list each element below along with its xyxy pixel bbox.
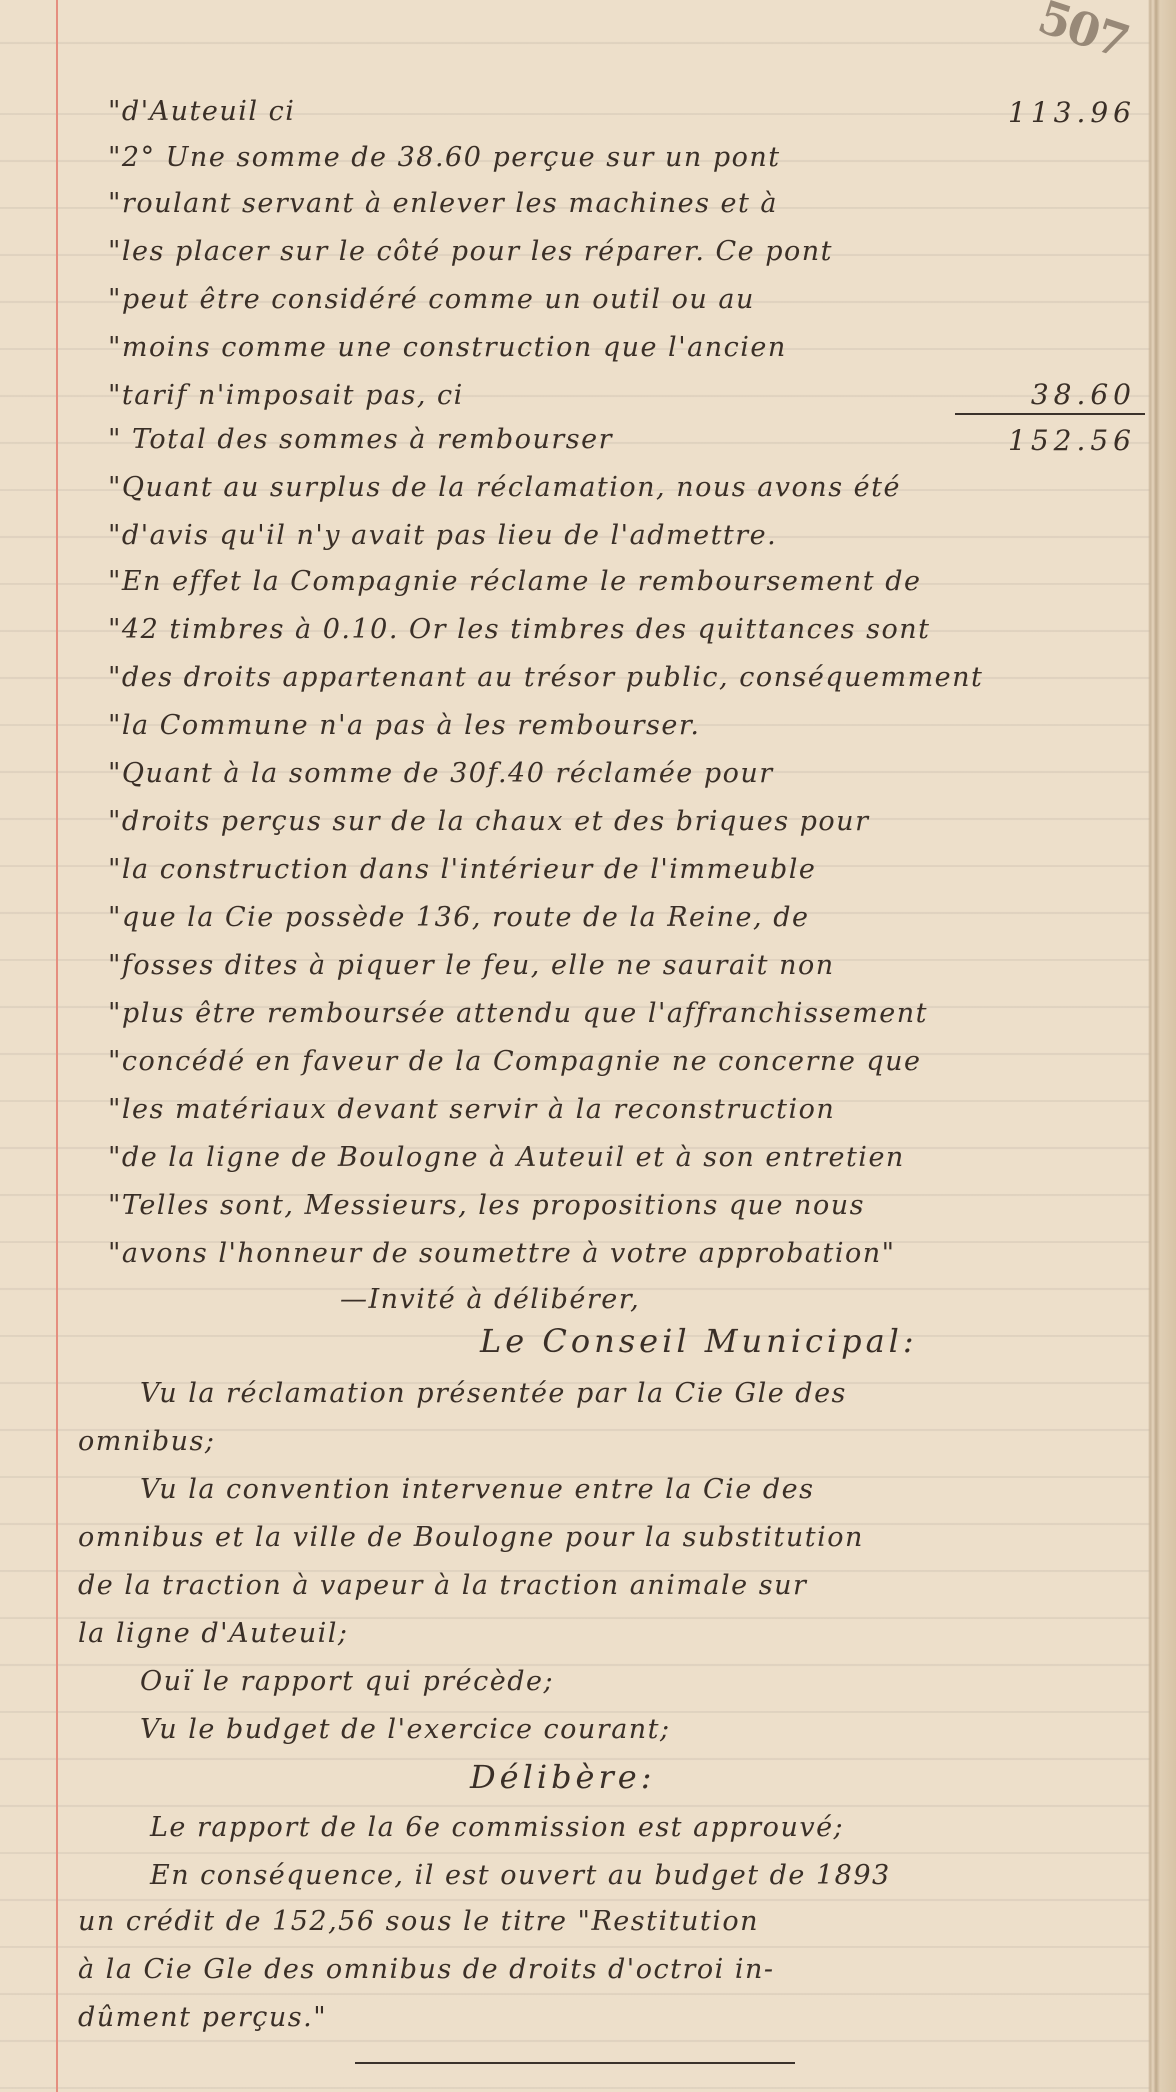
text-line: "2° Une somme de 38.60 perçue sur un pon…: [108, 142, 1146, 173]
text-line: "42 timbres à 0.10. Or les timbres des q…: [108, 614, 1146, 645]
page-number-stamp: 507: [1032, 0, 1134, 69]
account-amount: 113.96: [1008, 96, 1136, 129]
decision-line: En conséquence, il est ouvert au budget …: [150, 1860, 1146, 1891]
consideration-line: de la traction à vapeur à la traction an…: [78, 1570, 1146, 1601]
text-line: "Quant au surplus de la réclamation, nou…: [108, 472, 1146, 503]
text-line: "que la Cie possède 136, route de la Rei…: [108, 902, 1146, 933]
decision-line: dûment perçus.": [78, 2002, 1146, 2033]
invite-heading: —Invité à délibérer,: [340, 1284, 1146, 1315]
text-line: "peut être considéré comme un outil ou a…: [108, 284, 1146, 315]
consideration-line: Vu la réclamation présentée par la Cie G…: [140, 1378, 1146, 1409]
consideration-line: omnibus;: [78, 1426, 1146, 1457]
total-amount: 152.56: [1008, 424, 1136, 457]
total-label: " Total des sommes à rembourser: [108, 424, 1146, 455]
text-line: "la construction dans l'intérieur de l'i…: [108, 854, 1146, 885]
deliberation-heading: Délibère:: [470, 1758, 1146, 1796]
register-page: 507 "d'Auteuil ci 113.96 "2° Une somme d…: [0, 0, 1176, 2092]
text-line: "les matériaux devant servir à la recons…: [108, 1094, 1146, 1125]
text-line: "de la ligne de Boulogne à Auteuil et à …: [108, 1142, 1146, 1173]
consideration-line: la ligne d'Auteuil;: [78, 1618, 1146, 1649]
text-line: "Telles sont, Messieurs, les proposition…: [108, 1190, 1146, 1221]
text-line: "concédé en faveur de la Compagnie ne co…: [108, 1046, 1146, 1077]
text-line: "roulant servant à enlever les machines …: [108, 188, 1146, 219]
text-line: "plus être remboursée attendu que l'affr…: [108, 998, 1146, 1029]
text-line: "la Commune n'a pas à les rembourser.: [108, 710, 1146, 741]
consideration-line: Ouï le rapport qui précède;: [140, 1666, 1146, 1697]
decision-line: à la Cie Gle des omnibus de droits d'oct…: [78, 1954, 1146, 1985]
council-heading: Le Conseil Municipal:: [480, 1322, 1146, 1360]
text-line: "droits perçus sur de la chaux et des br…: [108, 806, 1146, 837]
text-line: "les placer sur le côté pour les réparer…: [108, 236, 1146, 267]
text-line: "Quant à la somme de 30f.40 réclamée pou…: [108, 758, 1146, 789]
margin-line: [56, 0, 58, 2092]
account-label: "tarif n'imposait pas, ci: [108, 380, 1146, 411]
text-line: "avons l'honneur de soumettre à votre ap…: [108, 1238, 1146, 1269]
text-line: "des droits appartenant au trésor public…: [108, 662, 1146, 693]
text-line: "moins comme une construction que l'anci…: [108, 332, 1146, 363]
text-line: "d'avis qu'il n'y avait pas lieu de l'ad…: [108, 520, 1146, 551]
consideration-line: omnibus et la ville de Boulogne pour la …: [78, 1522, 1146, 1553]
section-end-rule: [355, 2062, 795, 2064]
text-line: "fosses dites à piquer le feu, elle ne s…: [108, 950, 1146, 981]
decision-line: Le rapport de la 6e commission est appro…: [150, 1812, 1146, 1843]
account-label: "d'Auteuil ci: [108, 96, 1146, 127]
consideration-line: Vu la convention intervenue entre la Cie…: [140, 1474, 1146, 1505]
consideration-line: Vu le budget de l'exercice courant;: [140, 1714, 1146, 1745]
text-line: "En effet la Compagnie réclame le rembou…: [108, 566, 1146, 597]
decision-line: un crédit de 152,56 sous le titre "Resti…: [78, 1906, 1146, 1937]
account-amount: 38.60: [1031, 378, 1136, 411]
sum-rule: [955, 413, 1145, 415]
